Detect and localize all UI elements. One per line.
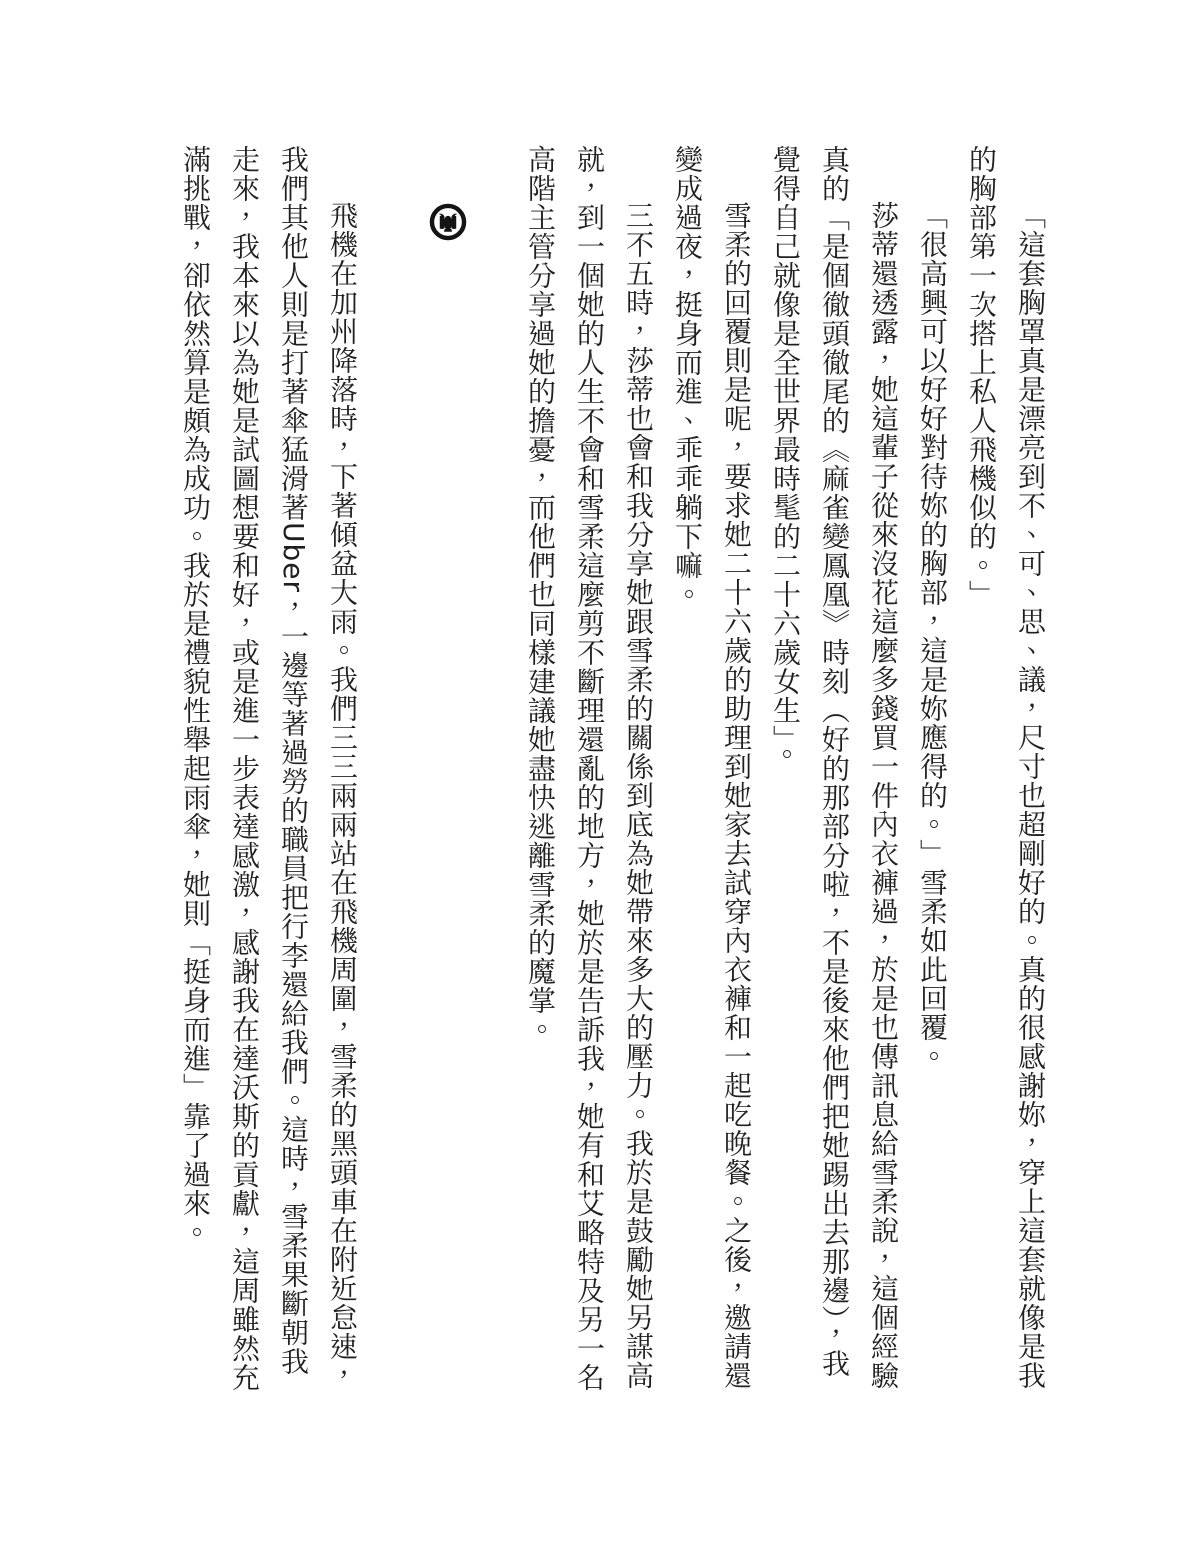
paragraph-3: 莎蒂還透露，她這輩子從來沒花這麼多錢買一件內衣褲過，於是也傳訊息給雪柔說，這個經… [761, 145, 908, 1395]
section-divider-ornament-icon [429, 203, 467, 241]
paragraph-1: 「這套胸罩真是漂亮到不、可、思、議，尺寸也超剛好的。真的很感謝妳，穿上這套就像是… [957, 145, 1055, 1395]
paragraph-5: 三不五時，莎蒂也會和我分享她跟雪柔的關係到底為她帶來多大的壓力。我於是鼓勵她另謀… [516, 145, 663, 1395]
vertical-text-flow: 「這套胸罩真是漂亮到不、可、思、議，尺寸也超剛好的。真的很感謝妳，穿上這套就像是… [171, 145, 1055, 1395]
paragraph-6: 飛機在加州降落時，下著傾盆大雨。我們三三兩兩站在飛機周圍，雪柔的黑頭車在附近怠速… [171, 145, 367, 1395]
paragraph-4: 雪柔的回覆則是呢，要求她二十六歲的助理到她家去試穿內衣褲和一起吃晚餐。之後，邀請… [663, 145, 761, 1395]
paragraph-2: 「很高興可以好好對待妳的胸部，這是妳應得的。」雪柔如此回覆。 [908, 145, 957, 1395]
book-page: 「這套胸罩真是漂亮到不、可、思、議，尺寸也超剛好的。真的很感謝妳，穿上這套就像是… [0, 0, 1200, 1553]
section-divider [416, 145, 467, 1395]
